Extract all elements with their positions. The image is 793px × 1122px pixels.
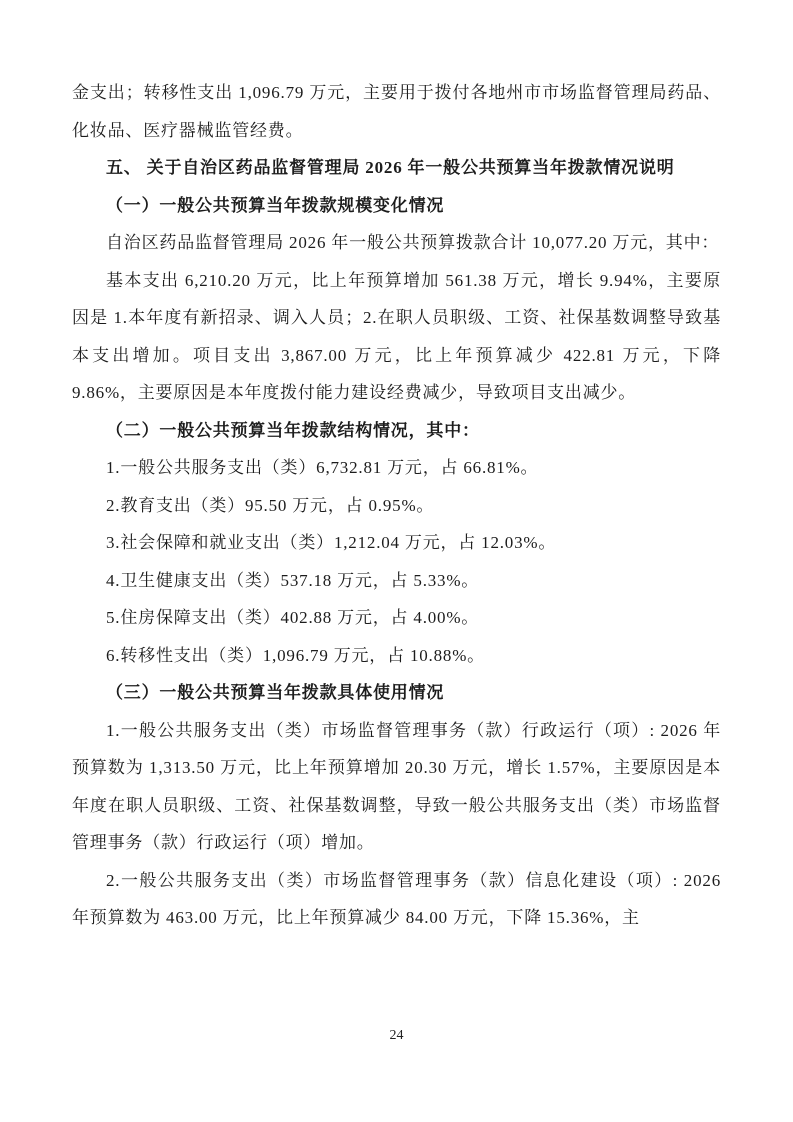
- list-item-transfer-expenditure: 6.转移性支出（类）1,096.79 万元，占 10.88%。: [72, 637, 721, 675]
- list-item-social-security-employment: 3.社会保障和就业支出（类）1,212.04 万元，占 12.03%。: [72, 524, 721, 562]
- page-number: 24: [0, 1026, 793, 1046]
- paragraph-basic-project-expenditure: 基本支出 6,210.20 万元，比上年预算增加 561.38 万元，增长 9.…: [72, 262, 721, 412]
- document-page: 金支出；转移性支出 1,096.79 万元，主要用于拨付各地州市市场监督管理局药…: [0, 0, 793, 1122]
- paragraph-total-appropriation: 自治区药品监督管理局 2026 年一般公共预算拨款合计 10,077.20 万元…: [72, 224, 721, 262]
- subsection-heading-three: （三）一般公共预算当年拨款具体使用情况: [72, 674, 721, 712]
- subsection-heading-one: （一）一般公共预算当年拨款规模变化情况: [72, 187, 721, 225]
- paragraph-transfer-expenditure-continuation: 金支出；转移性支出 1,096.79 万元，主要用于拨付各地州市市场监督管理局药…: [72, 74, 721, 149]
- list-item-education: 2.教育支出（类）95.50 万元，占 0.95%。: [72, 487, 721, 525]
- list-item-housing-security: 5.住房保障支出（类）402.88 万元，占 4.00%。: [72, 599, 721, 637]
- document-content: 金支出；转移性支出 1,096.79 万元，主要用于拨付各地州市市场监督管理局药…: [72, 74, 721, 1026]
- section-heading-five: 五、 关于自治区药品监督管理局 2026 年一般公共预算当年拨款情况说明: [72, 149, 721, 187]
- paragraph-admin-operation-item: 1.一般公共服务支出（类）市场监督管理事务（款）行政运行（项）: 2026 年预…: [72, 712, 721, 862]
- list-item-general-public-services: 1.一般公共服务支出（类）6,732.81 万元，占 66.81%。: [72, 449, 721, 487]
- subsection-heading-two: （二）一般公共预算当年拨款结构情况，其中：: [72, 412, 721, 450]
- paragraph-informatization-item: 2.一般公共服务支出（类）市场监督管理事务（款）信息化建设（项）: 2026 年…: [72, 862, 721, 937]
- list-item-health: 4.卫生健康支出（类）537.18 万元，占 5.33%。: [72, 562, 721, 600]
